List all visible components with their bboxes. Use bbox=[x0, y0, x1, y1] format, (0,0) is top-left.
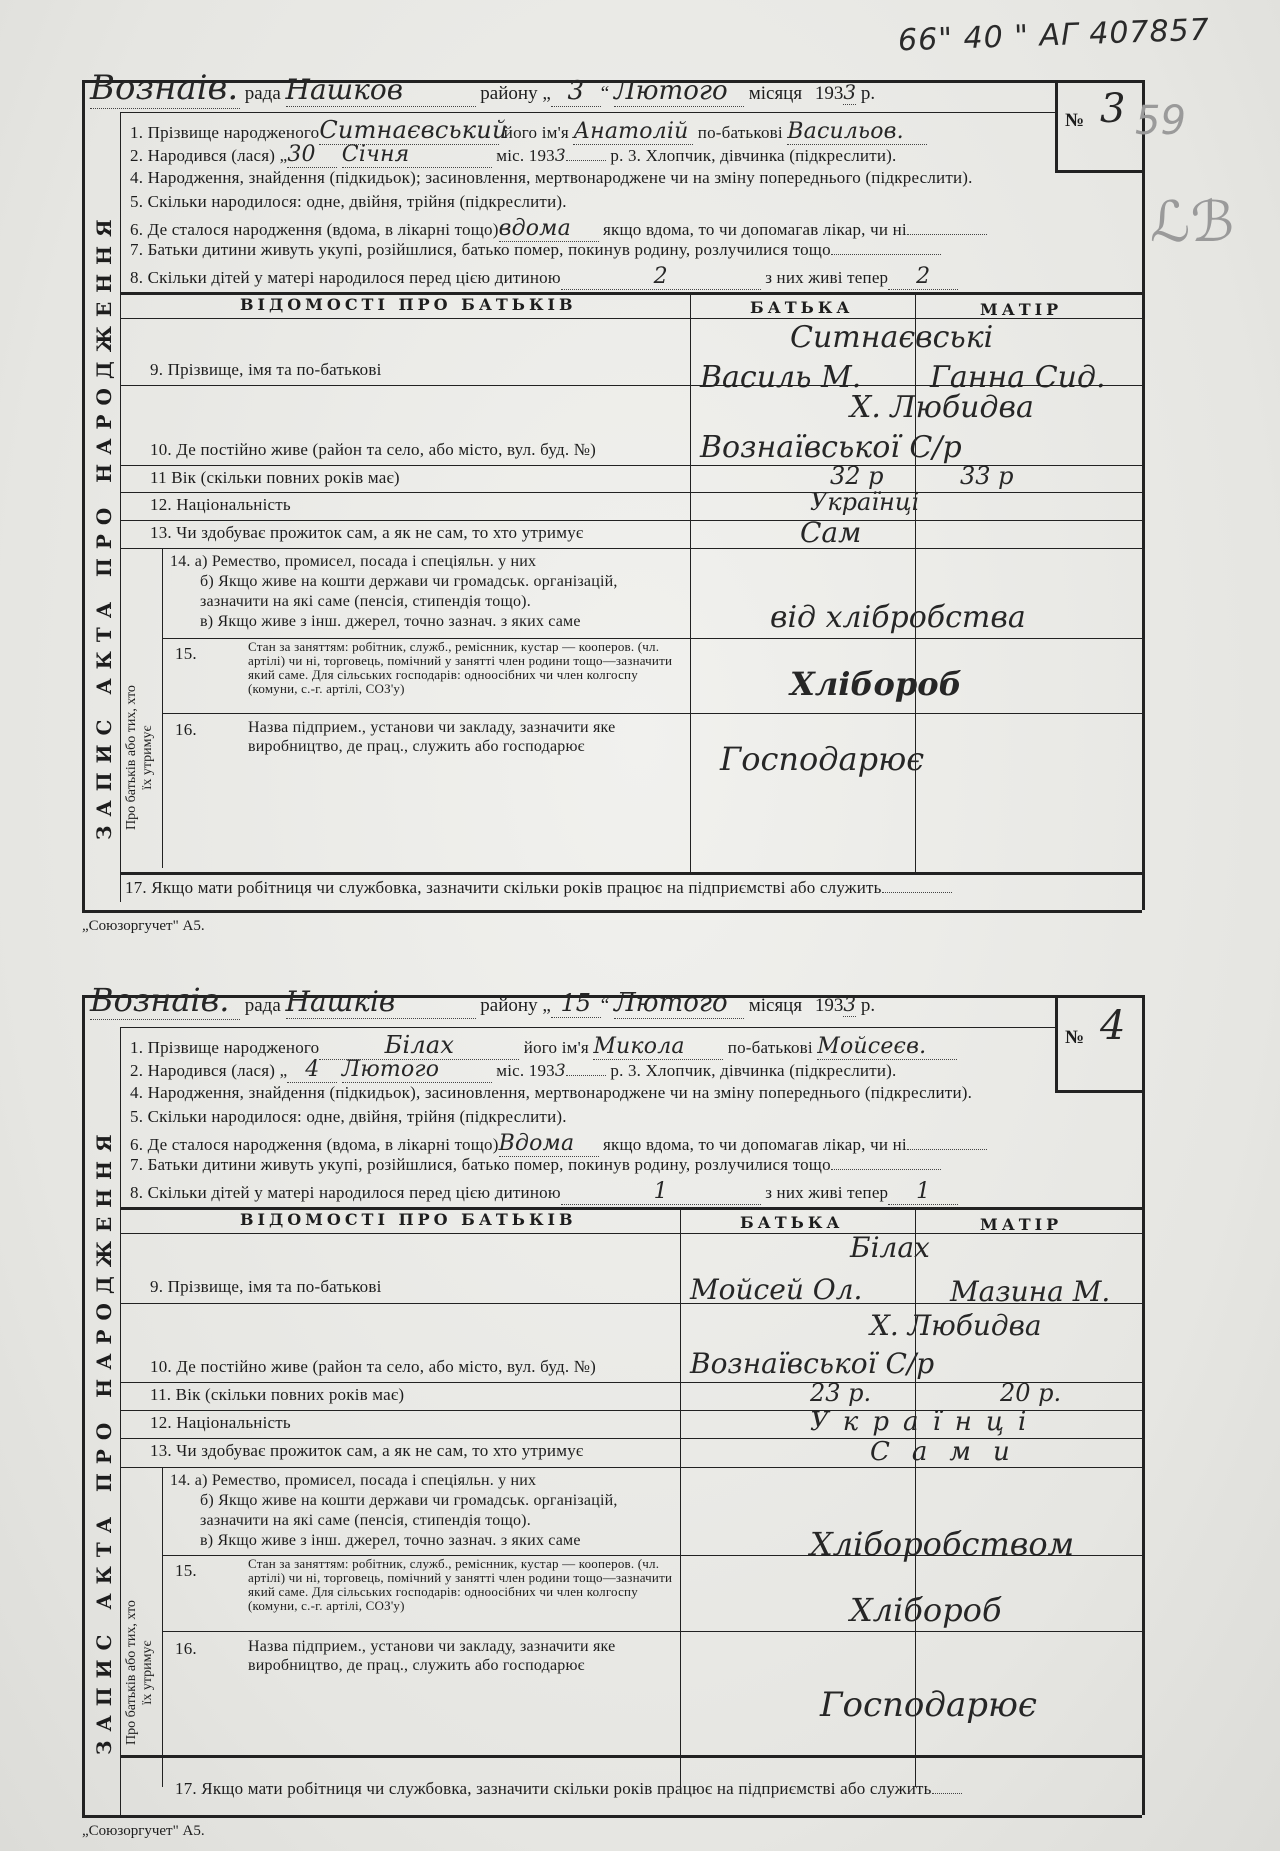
table-header-rule bbox=[120, 1233, 1142, 1234]
birth-year: 3 bbox=[555, 146, 566, 166]
row-rule bbox=[120, 1467, 1142, 1468]
pencil-signature: ℒℬ bbox=[1150, 190, 1234, 255]
row-14: 14. а) Ремество, промисел, посада і спец… bbox=[170, 552, 680, 632]
month-label: місяця bbox=[749, 83, 802, 104]
self-supporting: Сами bbox=[870, 1437, 1032, 1467]
side-title: ЗАПИС АКТА ПРО НАРОДЖЕННЯ bbox=[92, 210, 116, 840]
col-divider-father bbox=[690, 292, 691, 872]
birth-day: 30 bbox=[287, 142, 337, 168]
side-title: ЗАПИС АКТА ПРО НАРОДЖЕННЯ bbox=[92, 1125, 116, 1755]
row-15-text: Стан за заняттям: робітник, служб., ремі… bbox=[248, 640, 678, 696]
header-underline bbox=[120, 1027, 1055, 1028]
sub-side-label: Про батьків або тих, хто їх утримує bbox=[124, 685, 156, 830]
number-label: № bbox=[1065, 110, 1084, 132]
residence-line-2: Вознаївської С/р bbox=[700, 430, 962, 465]
side-column-divider bbox=[120, 112, 121, 902]
council-handwritten: Вознаів. bbox=[90, 981, 240, 1020]
sub-side-label: Про батьків або тих, хто їх утримує bbox=[124, 1600, 156, 1745]
frame-bottom bbox=[82, 910, 1142, 913]
field-6: 6. Де сталося народження (вдома, в лікар… bbox=[130, 216, 987, 242]
header-underline bbox=[120, 112, 1055, 113]
row-rule bbox=[120, 1303, 1142, 1304]
day-handwritten: 15 bbox=[551, 989, 601, 1018]
field-2: 2. Народився (лася) „30 Січня міс. 1933 … bbox=[130, 142, 896, 168]
row-rule bbox=[120, 1382, 1142, 1383]
birth-month: Січня bbox=[342, 142, 492, 168]
district-handwritten: Нашков bbox=[286, 73, 476, 107]
row-rule bbox=[120, 520, 1142, 521]
birth-record-form-1: Вознаів. рада Нашков району „3“ Лютого м… bbox=[70, 40, 1210, 920]
year-suffix: р. bbox=[861, 995, 875, 1016]
row-rule bbox=[120, 1755, 1142, 1758]
row-13-label: 13. Чи здобуває прожиток сам, а як не са… bbox=[150, 1441, 583, 1461]
row-14: 14. а) Ремество, промисел, посада і спец… bbox=[170, 1471, 675, 1551]
birth-place: Вдома bbox=[499, 1131, 599, 1157]
nationality: Українці bbox=[810, 488, 919, 516]
number-handwritten: 3 bbox=[1100, 86, 1125, 132]
year-suffix: р. bbox=[861, 83, 875, 104]
prior-children: 2 bbox=[561, 264, 761, 290]
workplace: Господарює bbox=[820, 1685, 1037, 1725]
number-box-left bbox=[1055, 80, 1058, 170]
col-father-header: БАТЬКА bbox=[740, 1213, 843, 1232]
row-15-num: 15. bbox=[175, 644, 197, 664]
occupation-status: Хлібороб bbox=[850, 1591, 1001, 1629]
birth-day: 4 bbox=[287, 1057, 337, 1083]
row-15-num: 15. bbox=[175, 1561, 197, 1581]
father-name: Василь М. bbox=[700, 360, 861, 395]
residence-line-1: Х. Любидва bbox=[870, 1309, 1042, 1342]
birth-record-form-2: Вознаів. рада Нашків району „15“ Лютого … bbox=[70, 955, 1210, 1835]
number-label: № bbox=[1065, 1027, 1084, 1049]
self-supporting: Сам bbox=[800, 516, 861, 549]
field-5: 5. Скільки народилося: одне, двійня, трі… bbox=[130, 1107, 567, 1127]
field-17: 17. Якщо мати робітниця чи службовка, за… bbox=[125, 878, 952, 898]
parents-section-title: ВІДОМОСТІ ПРО БАТЬКІВ bbox=[240, 295, 577, 314]
district-label: району bbox=[480, 995, 537, 1016]
field-17: 17. Якщо мати робітниця чи службовка, за… bbox=[175, 1779, 962, 1799]
year-handwritten: 3 bbox=[843, 80, 856, 105]
workplace: Господарює bbox=[720, 740, 924, 778]
scanned-document-page: 66" 40 " АГ 407857 Вознаів. рада Нашков … bbox=[0, 0, 1280, 1851]
row-16-text: Назва підприем., установи чи закладу, за… bbox=[248, 1637, 673, 1675]
sub-side-divider bbox=[162, 1467, 163, 1787]
number-handwritten: 4 bbox=[1100, 1003, 1125, 1049]
header-line: Вознаів. рада Нашков району „3“ Лютого м… bbox=[90, 68, 875, 109]
row-rule bbox=[120, 548, 1142, 549]
council-handwritten: Вознаів. bbox=[90, 68, 240, 109]
prior-children: 1 bbox=[561, 1179, 761, 1205]
residence-line-2: Вознаївської С/р bbox=[690, 1347, 934, 1380]
livelihood-source: від хлібробства bbox=[770, 600, 1026, 635]
col-father-header: БАТЬКА bbox=[750, 298, 853, 317]
child-surname: Ситнаєвський bbox=[319, 116, 499, 145]
mother-age: 33 р bbox=[960, 462, 1014, 490]
number-box-left bbox=[1055, 995, 1058, 1090]
father-name: Мойсей Ол. bbox=[690, 1273, 862, 1306]
pencil-number: 59 bbox=[1135, 98, 1186, 144]
field-8: 8. Скільки дітей у матері народилося пер… bbox=[130, 264, 958, 290]
child-surname: Білах bbox=[319, 1031, 519, 1060]
col-mother-header: МАТІР bbox=[980, 1215, 1062, 1234]
frame-left bbox=[82, 995, 85, 1815]
col-mother-header: МАТІР bbox=[980, 300, 1062, 319]
living-children: 1 bbox=[888, 1179, 958, 1205]
nationality: Українці bbox=[810, 1407, 1040, 1437]
birth-place: вдома bbox=[499, 216, 599, 242]
frame-left bbox=[82, 80, 85, 910]
row-rule bbox=[120, 492, 1142, 493]
row-rule bbox=[162, 713, 1142, 714]
field-7: 7. Батьки дитини живуть укупі, розійшлис… bbox=[130, 1155, 941, 1175]
field-6: 6. Де сталося народження (вдома, в лікар… bbox=[130, 1131, 987, 1157]
row-16-text: Назва підприем., установи чи закладу, за… bbox=[248, 718, 678, 756]
row-rule bbox=[120, 872, 1142, 875]
frame-right bbox=[1142, 995, 1145, 1815]
number-box-bottom bbox=[1055, 1090, 1142, 1093]
birth-month: Лютого bbox=[342, 1057, 492, 1083]
year-handwritten: 3 bbox=[843, 992, 856, 1017]
field-8: 8. Скільки дітей у матері народилося пер… bbox=[130, 1179, 958, 1205]
living-children: 2 bbox=[888, 264, 958, 290]
council-label: рада bbox=[245, 83, 281, 104]
month-handwritten: Лютого bbox=[614, 76, 744, 107]
residence-line-1: Х. Любидва bbox=[850, 390, 1034, 425]
field-5: 5. Скільки народилося: одне, двійня, трі… bbox=[130, 192, 567, 212]
header-line: Вознаів. рада Нашків району „15“ Лютого … bbox=[90, 981, 875, 1020]
row-15-text: Стан за заняттям: робітник, служб., ремі… bbox=[248, 1557, 673, 1613]
field-2: 2. Народився (лася) „4 Лютого міс. 1933 … bbox=[130, 1057, 896, 1083]
field-7: 7. Батьки дитини живуть укупі, розійшлис… bbox=[130, 240, 941, 260]
birth-year: 3 bbox=[555, 1061, 566, 1081]
row-12-label: 12. Національність bbox=[150, 1413, 291, 1433]
day-handwritten: 3 bbox=[551, 76, 601, 107]
row-16-num: 16. bbox=[175, 720, 197, 740]
field-4: 4. Народження, знайдення (підкидьок); за… bbox=[130, 168, 973, 188]
frame-bottom bbox=[82, 1815, 1142, 1818]
printer-mark: „Союзоргучет" А5. bbox=[82, 918, 205, 935]
mother-age: 20 р. bbox=[1000, 1379, 1061, 1407]
row-11-label: 11 Вік (скільки повних років має) bbox=[150, 468, 400, 488]
month-handwritten: Лютого bbox=[614, 988, 744, 1019]
field-1: 1. Прізвище народженогоСитнаєвський його… bbox=[130, 116, 927, 145]
table-header-rule bbox=[120, 318, 1142, 319]
row-11-label: 11. Вік (скільки повних років має) bbox=[150, 1385, 404, 1405]
row-rule bbox=[120, 385, 1142, 386]
col-divider-mother bbox=[915, 292, 916, 872]
district-label: району bbox=[480, 83, 537, 104]
col-divider-father bbox=[680, 1207, 681, 1787]
row-9-label: 9. Прізвище, імя та по-батькові bbox=[150, 1277, 382, 1297]
printer-mark: „Союзоргучет" А5. bbox=[82, 1823, 205, 1840]
father-age: 32 р bbox=[830, 462, 884, 490]
month-label: місяця bbox=[749, 995, 802, 1016]
number-box-bottom bbox=[1055, 170, 1142, 173]
row-10-label: 10. Де постійно живе (район та село, або… bbox=[150, 440, 596, 460]
field-4: 4. Народження, знайдення (підкидьок), за… bbox=[130, 1083, 972, 1103]
parents-surname: Білах bbox=[850, 1231, 930, 1264]
row-10-label: 10. Де постійно живе (район та село, або… bbox=[150, 1357, 596, 1377]
row-rule bbox=[162, 1631, 1142, 1632]
parents-section-title: ВІДОМОСТІ ПРО БАТЬКІВ bbox=[240, 1210, 577, 1229]
sub-side-divider bbox=[162, 548, 163, 868]
row-13-label: 13. Чи здобуває прожиток сам, а як не са… bbox=[150, 523, 583, 543]
row-9-label: 9. Прізвище, імя та по-батькові bbox=[150, 360, 382, 380]
father-age: 23 р. bbox=[810, 1379, 871, 1407]
council-label: рада bbox=[245, 995, 281, 1016]
livelihood-source: Хліборобством bbox=[810, 1525, 1074, 1563]
occupation-status: Хлібороб bbox=[790, 665, 962, 703]
row-16-num: 16. bbox=[175, 1639, 197, 1659]
row-12-label: 12. Національність bbox=[150, 495, 291, 515]
district-handwritten: Нашків bbox=[286, 985, 476, 1019]
parents-surname: Ситнаєвські bbox=[790, 320, 993, 355]
field-1: 1. Прізвище народженогоБілах його ім'я М… bbox=[130, 1031, 957, 1060]
year-prefix: 193 bbox=[815, 995, 844, 1016]
side-column-divider bbox=[120, 1027, 121, 1815]
year-prefix: 193 bbox=[815, 83, 844, 104]
frame-right bbox=[1142, 80, 1145, 910]
